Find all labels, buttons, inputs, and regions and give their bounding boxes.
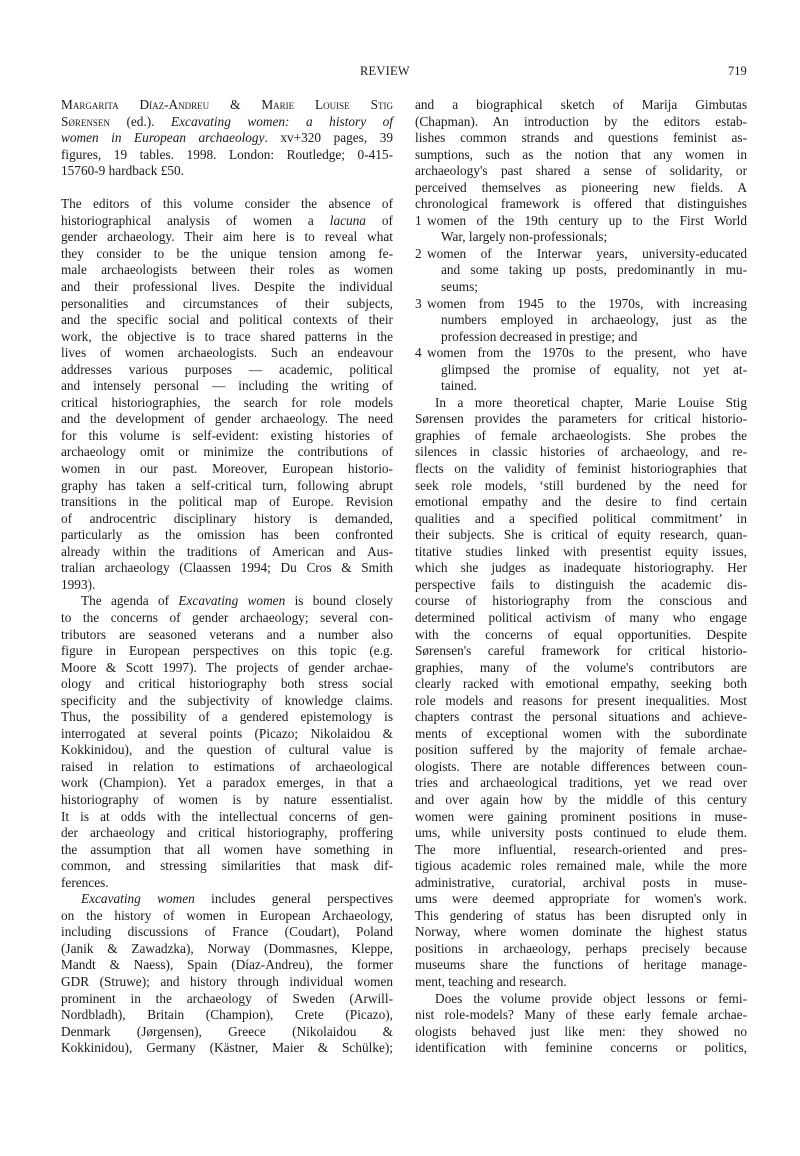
citation-details-2: figures, 19 tables. 1998. London: Routle… [61,147,393,164]
text-line: The editors of this volume consider the … [61,196,393,213]
text-line: glimpsed the promise of equality, not ye… [415,362,747,379]
text-line: addresses various purposes — academic, p… [61,362,393,379]
text-line: ologists. There are notable differences … [415,759,747,776]
text-line: and the development of gender archaeolog… [61,411,393,428]
text-line: Denmark (Jørgensen), Greece (Nikolaidou … [61,1024,393,1041]
running-head-title: REVIEW [360,64,410,79]
text-line: work (Champion). Yet a paradox emerges, … [61,775,393,792]
list-item: 2women of the Interwar years, university… [415,246,747,263]
text-line: to the concerns of gender archaeology; s… [61,610,393,627]
text-line: on the history of women in European Arch… [61,908,393,925]
text-line: It is at odds with the intellectual conc… [61,809,393,826]
text-line: of androcentric disciplinary history is … [61,511,393,528]
paragraph-body: to the concerns of gender archaeology; s… [61,610,393,891]
text-line: ment, teaching and research. [415,974,747,991]
list-item: 1women of the 19th century up to the Fir… [415,213,747,230]
page-number: 719 [728,64,747,79]
text-line: archaeology omit or minimize the contrib… [61,444,393,461]
text-line: lishes common strands and questions femi… [415,130,747,147]
text-line: and a biographical sketch of Marija Gimb… [415,97,747,114]
text-line: gender archaeology. Their aim here is to… [61,229,393,246]
left-paragraph-2: The agenda of Excavating women is bound … [61,593,393,891]
text-line: tries and archaeological traditions, yet… [415,775,747,792]
book-title-italic: Excavating women [178,593,285,608]
text-line: ology and critical historiography both s… [61,676,393,693]
text-line: 1993). [61,577,393,594]
text-line: personalities and circumstances of their… [61,296,393,313]
list-number: 2 [415,246,427,263]
book-citation: Margarita Díaz-Andreu & Marie Louise Sti… [61,97,393,180]
text-run: is bound closely [285,593,393,608]
text-line: and intensely personal — including the w… [61,378,393,395]
right-paragraph-2: In a more theoretical chapter, Marie Lou… [415,395,747,991]
running-head: REVIEW 719 [0,64,800,82]
text-line: chronological framework is offered that … [415,196,747,213]
text-run: includes general perspectives [195,891,393,906]
text-line: and some taking up posts, predominantly … [415,262,747,279]
text-line: Mandt & Naess), Spain (Díaz-Andreu), the… [61,957,393,974]
text-line: Nordbladh), Britain (Champion), Crete (P… [61,1007,393,1024]
text-line: qualities and a specified political comm… [415,511,747,528]
text-line: and their professional lives. Despite th… [61,279,393,296]
citation-ed: (ed.). [110,114,171,129]
text-line: (Janik & Zawadzka), Norway (Dommasnes, K… [61,941,393,958]
text-line: Does the volume provide object lessons o… [415,991,747,1008]
text-line: particularly as the omission has been co… [61,527,393,544]
text-line: identification with feminine concerns or… [415,1040,747,1057]
right-paragraph-3: Does the volume provide object lessons o… [415,991,747,1057]
text-line: seums; [415,279,747,296]
text-line: tralian archaeology (Claassen 1994; Du C… [61,560,393,577]
left-paragraph-1: The editors of this volume consider the … [61,196,393,593]
text-line: tributors are seasoned veterans and a nu… [61,627,393,644]
text-line: historiographical analysis of women a la… [61,213,393,230]
text-line: lives of women archaeologists. Such an e… [61,345,393,362]
text-line: nist role-models? Many of these early fe… [415,1007,747,1024]
text-line: determined political activism of many wh… [415,610,747,627]
list-item: 4women from the 1970s to the present, wh… [415,345,747,362]
chronological-list: 1women of the 19th century up to the Fir… [415,213,747,395]
text-line: their subjects. She is critical of equit… [415,527,747,544]
citation-title-1: Excavating women: a history of [171,114,393,129]
text-line: positions in archaeology, perhaps precis… [415,941,747,958]
text-line: ferences. [61,875,393,892]
text-line: figure in European perspectives on this … [61,643,393,660]
text-line: raised in relation to estimations of arc… [61,759,393,776]
text-line: titative studies linked with presentist … [415,544,747,561]
text-line: In a more theoretical chapter, Marie Lou… [415,395,747,412]
text-line: clearly racked with emotional empathy, s… [415,676,747,693]
text-line: the assumption that all women have somet… [61,842,393,859]
text-line: Sørensen provides the parameters for cri… [415,411,747,428]
left-paragraph-3: Excavating women includes general perspe… [61,891,393,1056]
text-line: tained. [415,378,747,395]
text-line: silences in classic histories of archaeo… [415,444,747,461]
text-line: emotional empathy and the desire to find… [415,494,747,511]
citation-line-3: women in European archaeology. xv+320 pa… [61,130,393,147]
text-line: they consider to be the unique tension a… [61,246,393,263]
text-line: transitions in the political map of Euro… [61,494,393,511]
italic-term: lacuna [330,213,366,228]
text-line: der archaeology and critical historiogra… [61,825,393,842]
text-run: The agenda of [81,593,178,608]
citation-line-2: Sørensen (ed.). Excavating women: a hist… [61,114,393,131]
text-line: Moore & Scott 1997). The projects of gen… [61,660,393,677]
right-column: and a biographical sketch of Marija Gimb… [415,97,747,1057]
text-line: GDR (Struwe); and history through indivi… [61,974,393,991]
text-line: specificity and the subjectivity of know… [61,693,393,710]
list-number: 3 [415,296,427,313]
text-line: work, the objective is to trace shared p… [61,329,393,346]
text-line: prominent in the archaeology of Sweden (… [61,991,393,1008]
text-line: which she judges as inadequate historiog… [415,560,747,577]
text-line: and over again how by the middle of this… [415,792,747,809]
text-line: and the specific social and political co… [61,312,393,329]
citation-details-3: 15760-9 hardback £50. [61,163,393,180]
text-line: women were gaining prominent positions i… [415,809,747,826]
text-line: male archaeologists between their roles … [61,262,393,279]
text-line: interrogated at several points (Picazo; … [61,726,393,743]
text-line: Kokkinidou), and the question of cultura… [61,742,393,759]
paragraph-first-line: The agenda of Excavating women is bound … [61,593,393,610]
spacer [61,180,393,197]
text-line: profession decreased in prestige; and [415,329,747,346]
text-line: archaeology's past shared a sense of sol… [415,163,747,180]
text-line: perspective fails to distinguish the aca… [415,577,747,594]
text-line: perceived themselves as pioneering new f… [415,180,747,197]
text-line: War, largely non-professionals; [415,229,747,246]
text-line: historiography of women is by nature ess… [61,792,393,809]
text-line: ums, while university posts continued to… [415,825,747,842]
text-line: This gendering of status has been disrup… [415,908,747,925]
text-line: including discussions of France (Coudart… [61,924,393,941]
text-line: numbers employed in archaeology, just as… [415,312,747,329]
text-line: Kokkinidou), Germany (Kästner, Maier & S… [61,1040,393,1057]
text-line: graphy has taken a self-critical turn, f… [61,478,393,495]
text-line: graphies of female archaeologists. She p… [415,428,747,445]
text-line: position suffered by the majority of fem… [415,742,747,759]
text-line: The more influential, research-oriented … [415,842,747,859]
text-line: administrative, curatorial, archival pos… [415,875,747,892]
text-line: chapters contrast the personal situation… [415,709,747,726]
right-paragraph-1: and a biographical sketch of Marija Gimb… [415,97,747,213]
text-line: flects on the validity of feminist histo… [415,461,747,478]
citation-details-1: . xv+320 pages, 39 [264,130,393,145]
text-line: seek role models, ‘still burdened by the… [415,478,747,495]
left-column: Margarita Díaz-Andreu & Marie Louise Sti… [61,97,393,1057]
citation-title-2: women in European archaeology [61,130,264,145]
paragraph-body: on the history of women in European Arch… [61,908,393,1057]
paragraph-first-line: Excavating women includes general perspe… [61,891,393,908]
list-number: 4 [415,345,427,362]
book-title-italic: Excavating women [81,891,195,906]
citation-author-surname: Sørensen [61,114,110,129]
text-line: tigious academic roles remained male, wh… [415,858,747,875]
text-line: Norway, where women dominate the highest… [415,924,747,941]
text-line: common, and stressing similarities that … [61,858,393,875]
text-line: course of historiography from the consci… [415,593,747,610]
text-line: graphies, many of the volume's contribut… [415,660,747,677]
text-line: ologists behaved just like men: they sho… [415,1024,747,1041]
text-line: women in our past. Moreover, European hi… [61,461,393,478]
text-line: for this volume is self-evident: existin… [61,428,393,445]
text-line: with the concerns of equal opportunities… [415,627,747,644]
text-line: museums share the functions of heritage … [415,957,747,974]
list-number: 1 [415,213,427,230]
text-line: already within the traditions of America… [61,544,393,561]
text-line: ments of exceptional women with the subo… [415,726,747,743]
text-line: Sørensen's careful framework for critica… [415,643,747,660]
list-item: 3women from 1945 to the 1970s, with incr… [415,296,747,313]
text-line: ums were deemed appropriate for women's … [415,891,747,908]
text-line: sumptions, such as the notion that any w… [415,147,747,164]
text-line: role models and reasons for present ineq… [415,693,747,710]
text-line: critical historiographies, the search fo… [61,395,393,412]
citation-authors: Margarita Díaz-Andreu & Marie Louise Sti… [61,97,393,114]
text-line: (Chapman). An introduction by the editor… [415,114,747,131]
text-line: Thus, the possibility of a gendered epis… [61,709,393,726]
